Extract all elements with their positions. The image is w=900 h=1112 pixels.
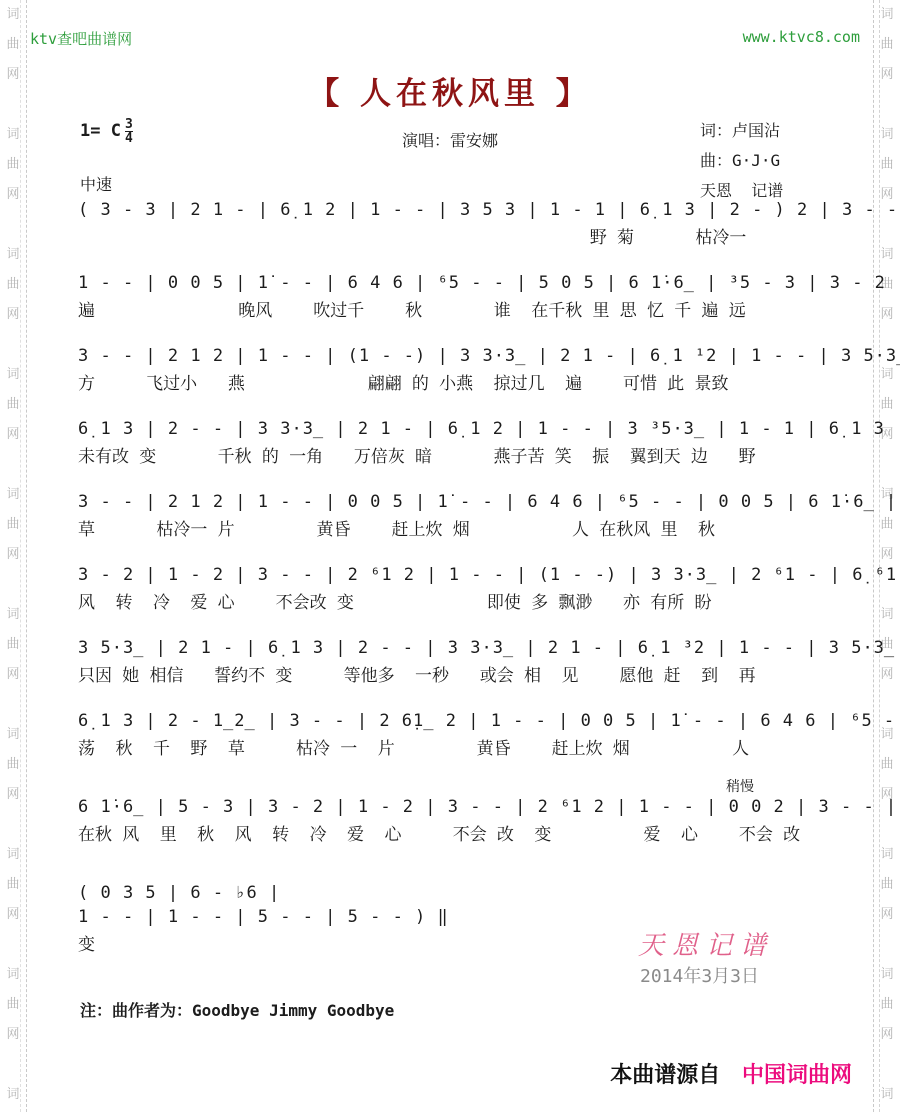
system-1: ( 3 - 3 | 2 1 - | 6̣ 1 2 | 1 - - | 3 5 3…	[78, 198, 842, 271]
lyrics-line: 草 枯冷一 片 黄昏 赶上炊 烟 人 在秋风 里 秋	[78, 519, 842, 541]
system-8: 6̣ 1 3 | 2 - 1̲2̲ | 3 - - | 2 6̣1̲ 2 | 1…	[78, 709, 842, 782]
notation-line: 3 - - | 2 1 2 | 1 - - | 0 0 5 | 1̇ - - |…	[78, 490, 842, 514]
notation-line: 6̣ 1 3 | 2 - 1̲2̲ | 3 - - | 2 6̣1̲ 2 | 1…	[78, 709, 842, 733]
notation-line: 1 - - | 0 0 5 | 1̇ - - | 6 4 6 | ⁶5 - - …	[78, 271, 842, 295]
lyrics-line: 方 飞过小 燕 翩翩 的 小燕 掠过几 遍 可惜 此 景致	[78, 373, 842, 395]
left-margin-watermark: 词 曲 网 词 曲 网 词 曲 网 词 曲 网 词 曲 网 词 曲 网 词 曲 …	[0, 0, 27, 1112]
notation-pickup-line: ( 0 3 5 | 6 - ♭6 |	[78, 881, 842, 905]
song-title: 【 人在秋风里 】	[0, 68, 900, 113]
notation-line: ( 3 - 3 | 2 1 - | 6̣ 1 2 | 1 - - | 3 5 3…	[78, 198, 842, 222]
source-prefix-label: 本曲谱源自	[610, 1063, 720, 1088]
lyrics-line: 在秋 风 里 秋 风 转 冷 爱 心 不会 改 变 爱 心 不会 改	[78, 824, 842, 846]
system-9: 稍慢 6 1̇·6̲ | 5 - 3 | 3 - 2 | 1 - 2 | 3 -…	[78, 782, 842, 881]
lyrics-line: 荡 秋 千 野 草 枯冷 一 片 黄昏 赶上炊 烟 人	[78, 738, 842, 760]
notation-line: 3 - - | 2 1 2 | 1 - - | (1 - -) | 3 3·3̲…	[78, 344, 842, 368]
notation-line: 3 - 2 | 1 - 2 | 3 - - | 2 ⁶1 2 | 1 - - |…	[78, 563, 842, 587]
lyrics-line: 遍 晚风 吹过千 秋 谁 在千秋 里 思 忆 千 遍 远	[78, 300, 842, 322]
composer-note: 注：曲作者为：Goodbye Jimmy Goodbye	[80, 998, 394, 1021]
site-link-right[interactable]: www.ktvc8.com	[743, 28, 860, 46]
system-6: 3 - 2 | 1 - 2 | 3 - - | 2 ⁶1 2 | 1 - - |…	[78, 563, 842, 636]
source-attribution: 本曲谱源自 中国词曲网	[610, 1058, 852, 1089]
sheet-music-page: 词 曲 网 词 曲 网 词 曲 网 词 曲 网 词 曲 网 词 曲 网 词 曲 …	[0, 0, 900, 1112]
system-7: 3 5·3̲ | 2 1 - | 6̣ 1 3 | 2 - - | 3 3·3̲…	[78, 636, 842, 709]
notation-line: 3 5·3̲ | 2 1 - | 6̣ 1 3 | 2 - - | 3 3·3̲…	[78, 636, 842, 660]
site-link-left[interactable]: ktv查吧曲谱网	[30, 28, 132, 49]
notation-line: 6 1̇·6̲ | 5 - 3 | 3 - 2 | 1 - 2 | 3 - - …	[78, 795, 842, 819]
lyricist-credit: 词：卢国沾	[700, 118, 780, 141]
source-site-link[interactable]: 中国词曲网	[742, 1063, 852, 1088]
transcription-date: 2014年3月3日	[640, 962, 759, 988]
system-2: 1 - - | 0 0 5 | 1̇ - - | 6 4 6 | ⁶5 - - …	[78, 271, 842, 344]
lyrics-line: 未有改 变 千秋 的 一角 万倍灰 暗 燕子苦 笑 振 翼到天 边 野	[78, 446, 842, 468]
right-margin-watermark: 词 曲 网 词 曲 网 词 曲 网 词 曲 网 词 曲 网 词 曲 网 词 曲 …	[873, 0, 900, 1112]
transcriber-signature: 天恩记谱	[638, 925, 774, 962]
lyrics-line: 只因 她 相信 誓约不 变 等他多 一秒 或会 相 见 愿他 赶 到 再	[78, 665, 842, 687]
notation-line: 6̣ 1 3 | 2 - - | 3 3·3̲ | 2 1 - | 6̣ 1 2…	[78, 417, 842, 441]
lyrics-line: 野 菊 枯冷一	[78, 227, 842, 249]
composer-credit: 曲：G·J·G	[700, 148, 780, 171]
system-5: 3 - - | 2 1 2 | 1 - - | 0 0 5 | 1̇ - - |…	[78, 490, 842, 563]
score-area: ( 3 - 3 | 2 1 - | 6̣ 1 2 | 1 - - | 3 5 3…	[78, 198, 842, 1001]
tempo-change-marking: 稍慢	[726, 776, 754, 796]
system-3: 3 - - | 2 1 2 | 1 - - | (1 - -) | 3 3·3̲…	[78, 344, 842, 417]
tempo-marking: 中速	[80, 172, 112, 195]
lyrics-line: 风 转 冷 爱 心 不会改 变 即使 多 飘渺 亦 有所 盼	[78, 592, 842, 614]
system-4: 6̣ 1 3 | 2 - - | 3 3·3̲ | 2 1 - | 6̣ 1 2…	[78, 417, 842, 490]
